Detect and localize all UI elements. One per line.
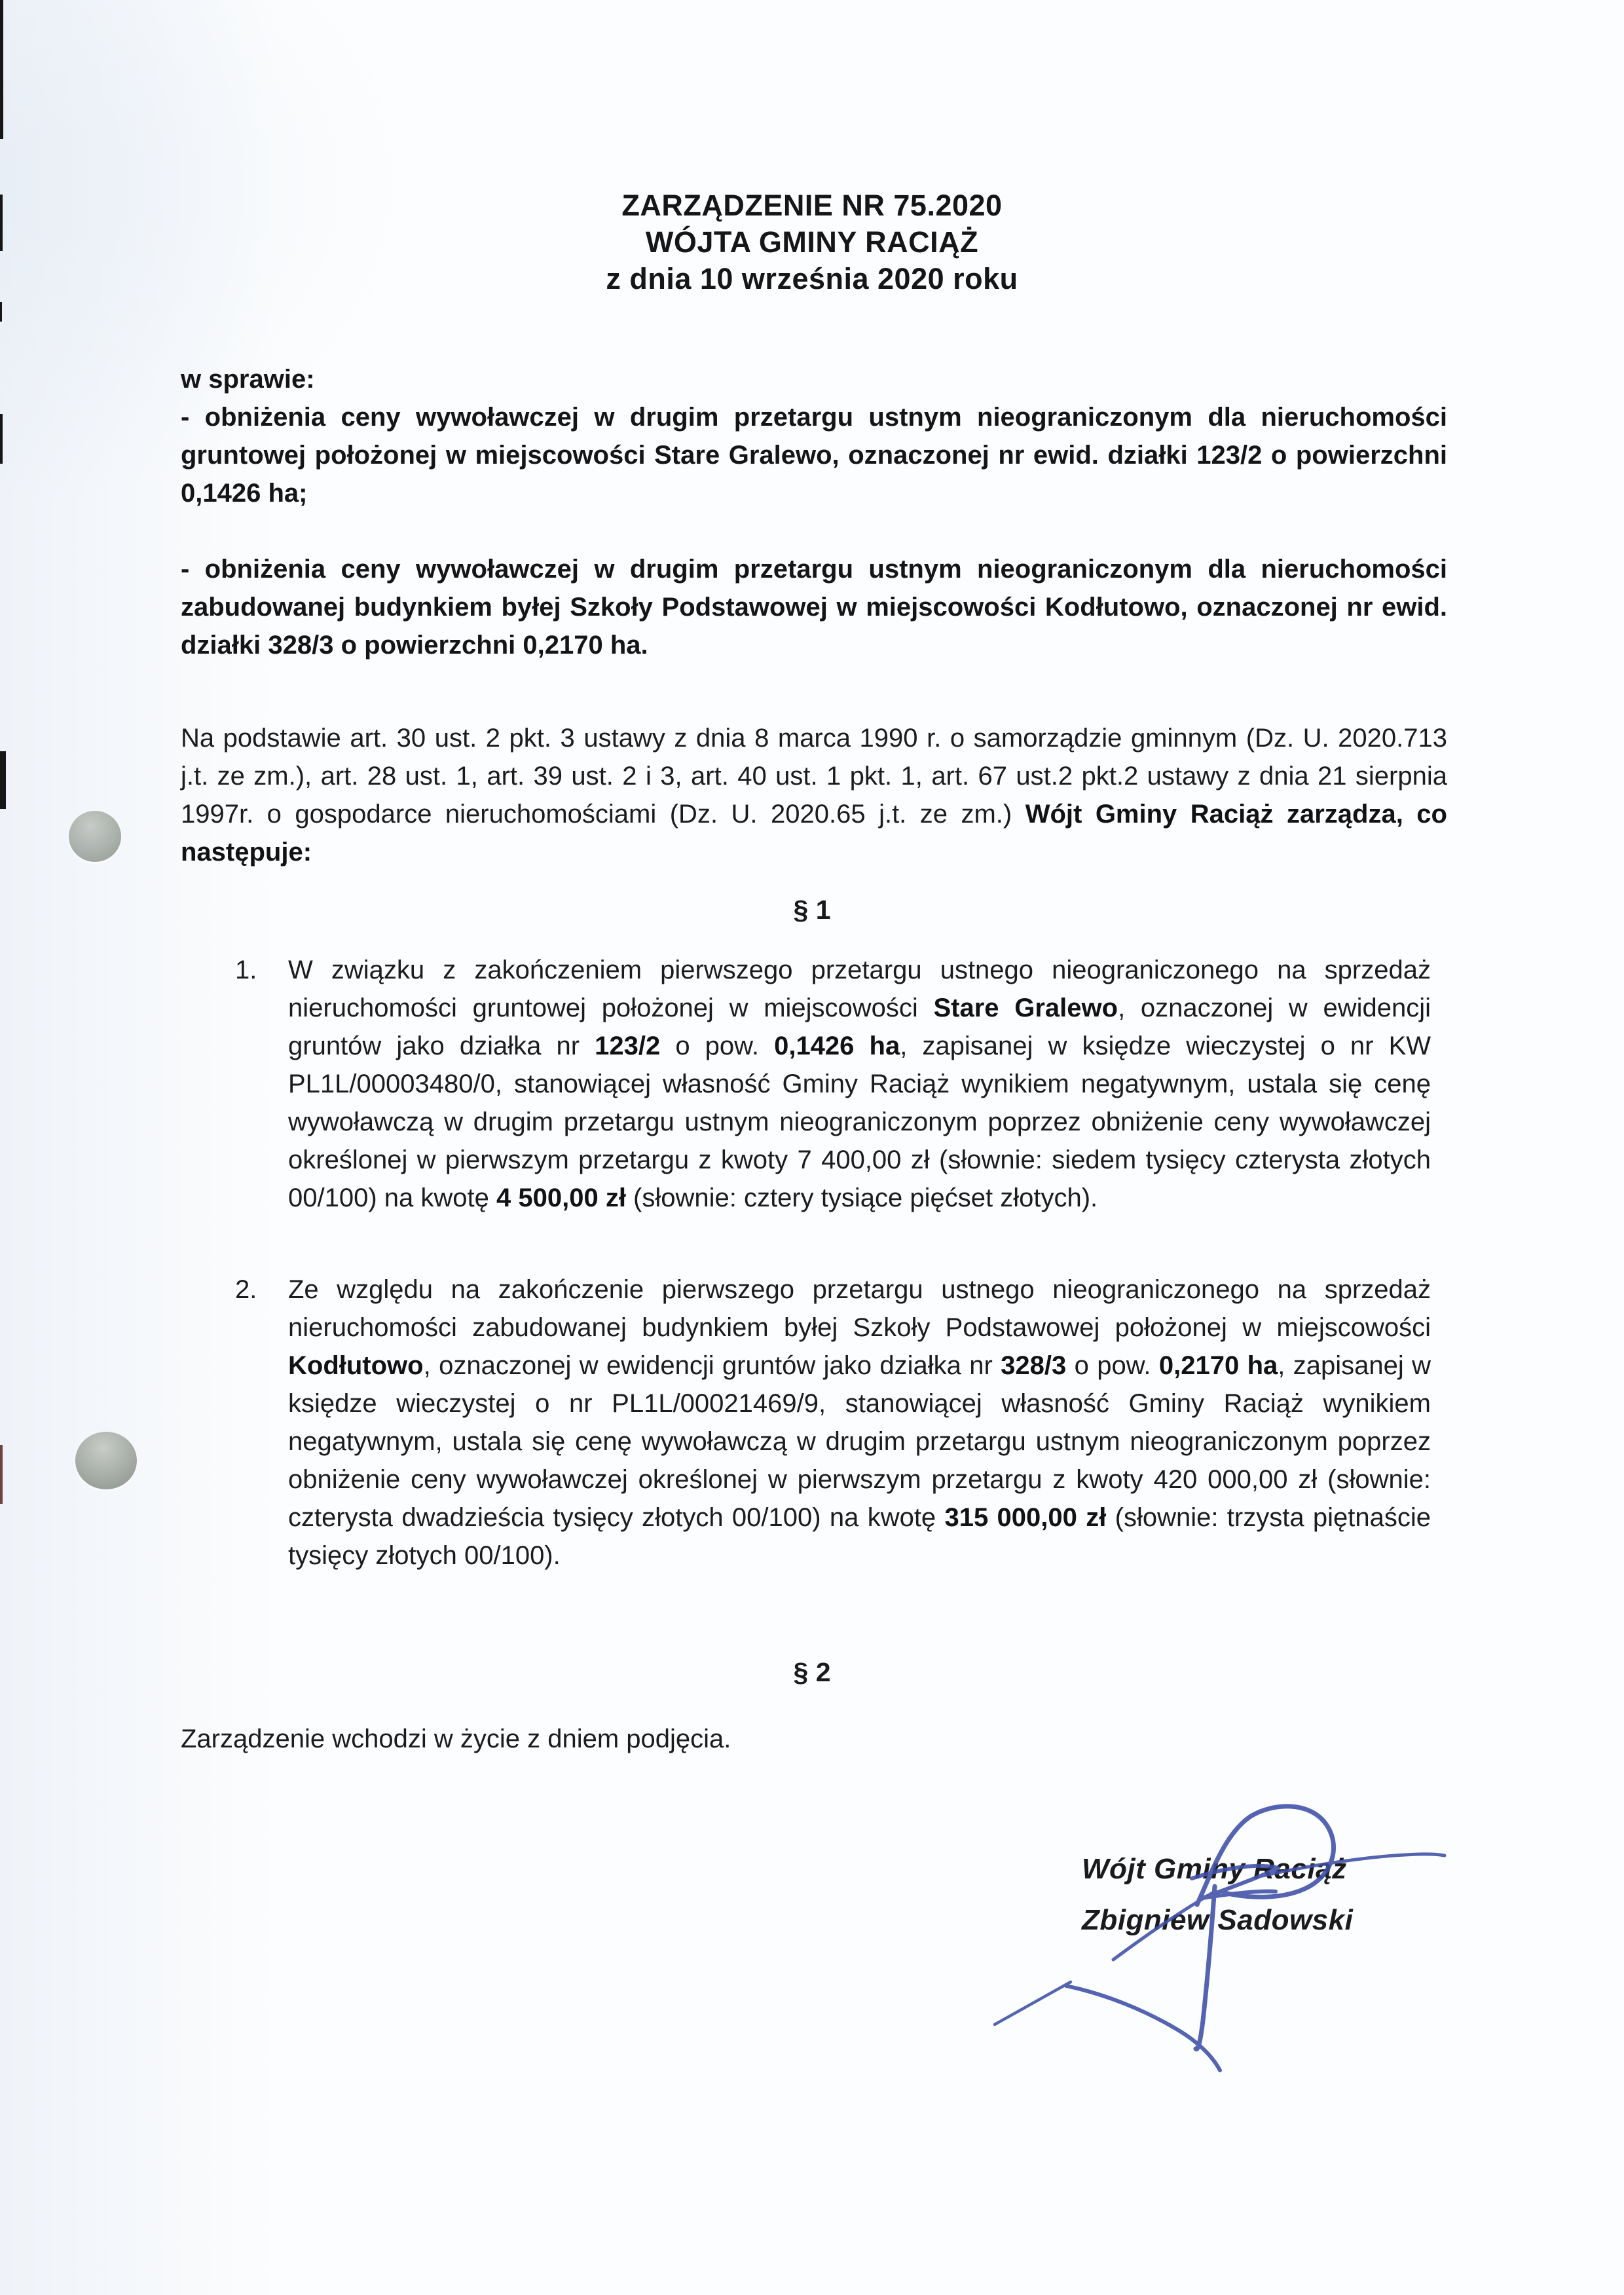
title-line-authority: WÓJTA GMINY RACIĄŻ — [0, 224, 1624, 261]
scan-edge-artifact — [0, 302, 2, 322]
item-1-number: 1. — [235, 951, 281, 989]
scanned-ordinance-page: ZARZĄDZENIE NR 75.2020 WÓJTA GMINY RACIĄ… — [0, 0, 1624, 2295]
subject-item-1: - obniżenia ceny wywoławczej w drugim pr… — [181, 398, 1447, 512]
signature-stroke-tail-rise — [995, 1982, 1071, 2024]
signature-stroke-tail-sweep — [1066, 1986, 1220, 2070]
scan-edge-artifact — [0, 1445, 3, 1504]
subject-label: w sprawie: — [181, 360, 1447, 398]
legal-basis-paragraph: Na podstawie art. 30 ust. 2 pkt. 3 ustaw… — [181, 719, 1447, 871]
signature-ink — [995, 1806, 1445, 2070]
title-line-date: z dnia 10 września 2020 roku — [0, 261, 1624, 297]
section-1-heading: § 1 — [0, 891, 1624, 929]
punch-hole-top — [69, 811, 121, 862]
section-2-heading: § 2 — [0, 1653, 1624, 1691]
signature-stroke-diagonal — [1113, 1892, 1215, 1960]
title-line-number: ZARZĄDZENIE NR 75.2020 — [0, 187, 1624, 224]
subject-section: w sprawie: - obniżenia ceny wywoławczej … — [181, 360, 1447, 512]
handwritten-signature — [917, 1795, 1506, 2096]
item-1-text: W związku z zakończeniem pierwszego prze… — [288, 951, 1431, 1217]
scan-edge-artifact — [0, 751, 6, 809]
signature-stroke-descender — [1196, 1886, 1215, 2049]
subject-item-2: - obniżenia ceny wywoławczej w drugim pr… — [181, 550, 1447, 664]
item-2-number: 2. — [235, 1271, 281, 1309]
scan-edge-artifact — [0, 414, 3, 464]
item-2-text: Ze względu na zakończenie pierwszego prz… — [288, 1271, 1431, 1575]
punch-hole-bottom — [75, 1432, 137, 1489]
signature-stroke-flourish-right — [1263, 1854, 1445, 1876]
scan-edge-artifact — [0, 0, 3, 139]
document-title: ZARZĄDZENIE NR 75.2020 WÓJTA GMINY RACIĄ… — [0, 187, 1624, 297]
effective-date-clause: Zarządzenie wchodzi w życie z dniem podj… — [181, 1720, 731, 1758]
